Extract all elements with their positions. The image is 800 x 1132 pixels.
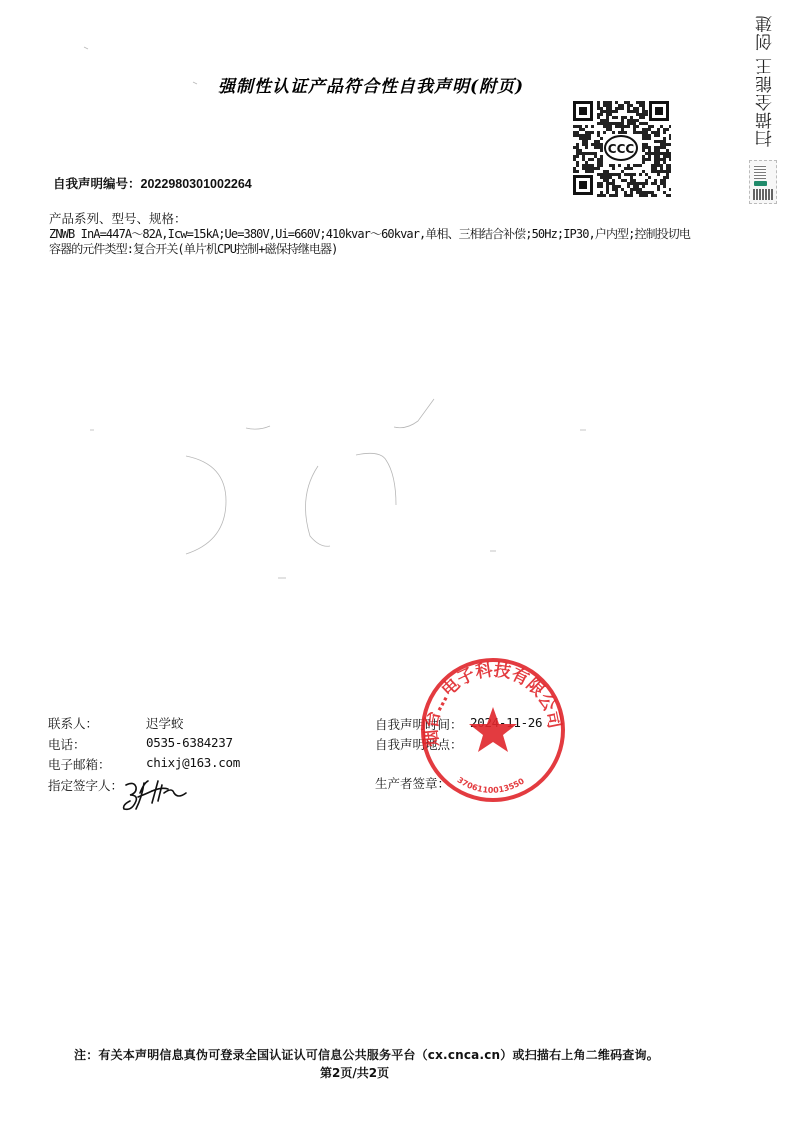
seal-code: 3706110013550: [456, 775, 527, 794]
phone-value: 0535-6384237: [146, 735, 233, 750]
declaration-number-label: 自我声明编号：: [53, 176, 141, 191]
page-number: 第2页/共2页: [320, 1064, 389, 1081]
product-spec-line: ZNWB InA=447A～82A,Icw=15kA;Ue=380V,Ui=66…: [49, 227, 729, 242]
product-spec-text: ZNWB InA=447A～82A,Icw=15kA;Ue=380V,Ui=66…: [49, 227, 729, 257]
svg-text:3706110013550: 3706110013550: [456, 775, 527, 794]
camscanner-banner: 扫描全能王 创建: [743, 22, 783, 202]
contact-person-value: 迟学蛟: [146, 714, 184, 732]
signatory-label: 指定签字人：: [48, 776, 123, 794]
scan-artifacts: [0, 0, 800, 1132]
email-value: chixj@163.com: [146, 755, 240, 770]
ccc-qr-code-icon[interactable]: CCC: [571, 99, 671, 197]
declaration-number: 自我声明编号：2022980301002264: [53, 174, 252, 192]
product-spec-line: 容器的元件类型:复合开关(单片机CPU控制+磁保持继电器): [49, 242, 729, 257]
camscanner-badge-icon: [749, 160, 777, 204]
seal-star-icon: [469, 707, 517, 752]
phone-label: 电话：: [48, 735, 86, 753]
email-label: 电子邮箱：: [48, 755, 111, 773]
product-spec-label: 产品系列、型号、规格：: [49, 209, 187, 227]
svg-text:CCC: CCC: [608, 142, 635, 156]
document-title: 强制性认证产品符合性自我声明(附页): [218, 72, 524, 97]
footer-verification-note: 注：有关本声明信息真伪可登录全国认证认可信息公共服务平台（cx.cnca.cn）…: [74, 1046, 659, 1063]
declaration-number-value: 2022980301002264: [141, 177, 252, 191]
contact-person-label: 联系人：: [48, 714, 98, 732]
signature-image: [118, 775, 198, 815]
camscanner-label: 扫描全能王 创建: [753, 22, 778, 147]
company-seal: 烟台…电子科技有限公司 3706110013550: [418, 655, 568, 805]
